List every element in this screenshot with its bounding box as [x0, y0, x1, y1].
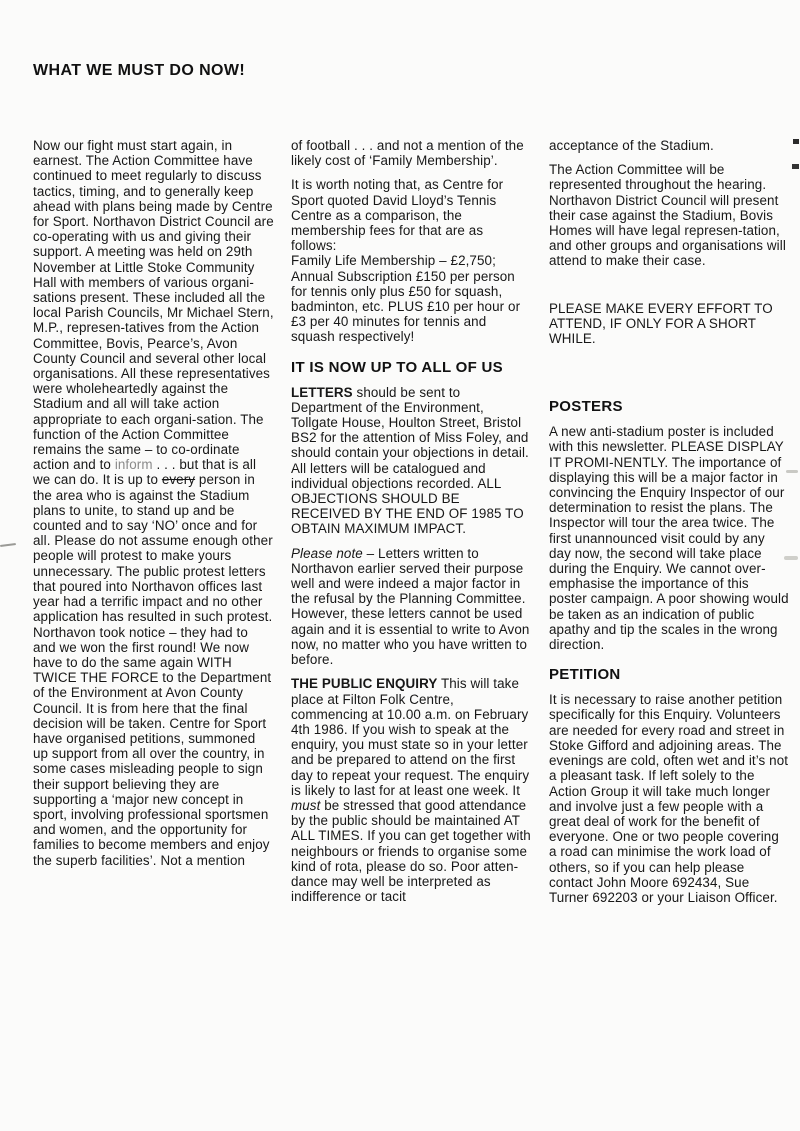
- scan-artifact-right-tick-1: [793, 139, 799, 144]
- scan-artifact-left-pen-dash: [0, 543, 16, 547]
- text-run: acceptance of the Stadium.: [549, 138, 714, 153]
- text-run: of football . . . and not a mention of t…: [291, 138, 524, 168]
- text-run: Please note: [291, 546, 363, 561]
- section-heading: IT IS NOW UP TO ALL OF US: [291, 359, 532, 376]
- text-run: The Action Committee will be represented…: [549, 162, 786, 268]
- text-run: This will take place at Filton Folk Cent…: [291, 676, 529, 797]
- text-run: be stressed that good attendance by the …: [291, 798, 531, 904]
- scan-artifact-right-smudge-2: [784, 556, 798, 560]
- newsletter-scanned-page: WHAT WE MUST DO NOW! Now our fight must …: [0, 0, 800, 1131]
- page-title: WHAT WE MUST DO NOW!: [33, 62, 245, 80]
- body-paragraph: of football . . . and not a mention of t…: [291, 138, 532, 168]
- column-right: acceptance of the Stadium.The Action Com…: [549, 138, 790, 914]
- body-paragraph: A new anti-stadium poster is included wi…: [549, 424, 790, 652]
- column-middle: of football . . . and not a mention of t…: [291, 138, 532, 913]
- text-run: should be sent to Department of the Envi…: [291, 385, 529, 537]
- body-paragraph: THE PUBLIC ENQUIRY This will take place …: [291, 676, 532, 904]
- text-run: A new anti-stadium poster is included wi…: [549, 424, 789, 652]
- body-paragraph: The Action Committee will be represented…: [549, 162, 790, 268]
- section-heading: POSTERS: [549, 398, 790, 415]
- text-run: PLEASE MAKE EVERY EFFORT TO ATTEND, IF O…: [549, 301, 773, 346]
- body-paragraph: Now our fight must start again, in earne…: [33, 138, 274, 868]
- body-paragraph: acceptance of the Stadium.: [549, 138, 790, 153]
- text-run: It is worth noting that, as Centre for S…: [291, 177, 503, 253]
- body-paragraph: Please note – Letters written to Northav…: [291, 546, 532, 668]
- section-heading: PETITION: [549, 666, 790, 683]
- text-run: every: [162, 472, 195, 487]
- body-paragraph: LETTERS should be sent to Department of …: [291, 385, 532, 537]
- text-run: THE PUBLIC ENQUIRY: [291, 676, 437, 691]
- scan-artifact-right-tick-2: [792, 164, 799, 169]
- body-paragraph: PLEASE MAKE EVERY EFFORT TO ATTEND, IF O…: [549, 301, 790, 347]
- text-run: – Letters written to Northavon earlier s…: [291, 546, 529, 667]
- body-paragraph: It is worth noting that, as Centre for S…: [291, 177, 532, 344]
- text-run: person in the area who is against the St…: [33, 472, 273, 867]
- text-run: Now our fight must start again, in earne…: [33, 138, 274, 472]
- scan-artifact-right-smudge-1: [786, 470, 798, 473]
- text-run: Family Life Membership – £2,750; Annual …: [291, 253, 520, 344]
- body-paragraph: It is necessary to raise another petitio…: [549, 692, 790, 905]
- article-columns: Now our fight must start again, in earne…: [33, 138, 789, 914]
- text-run: must: [291, 798, 320, 813]
- column-left: Now our fight must start again, in earne…: [33, 138, 274, 877]
- text-run: inform: [115, 457, 153, 472]
- text-run: LETTERS: [291, 385, 353, 400]
- text-run: It is necessary to raise another petitio…: [549, 692, 788, 905]
